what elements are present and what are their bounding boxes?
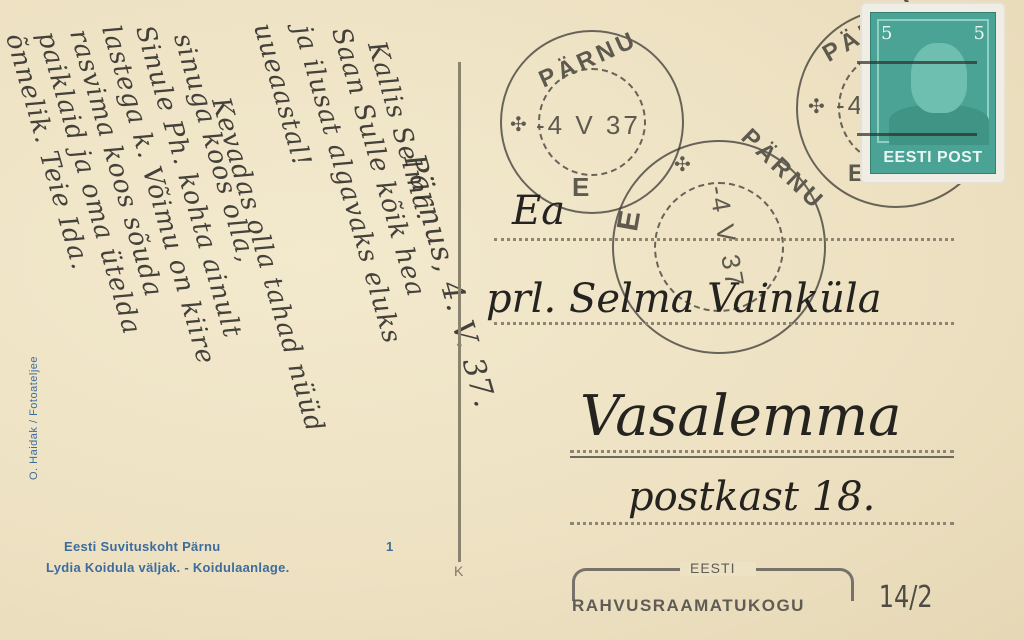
address-line xyxy=(494,322,954,325)
address-line-1: Ea xyxy=(512,188,565,234)
library-stamp: EESTI RAHVUSRAAMATUKOGU xyxy=(572,560,852,620)
cross-icon: ✣ xyxy=(808,94,825,119)
postage-stamp: 5 5 EESTI POST xyxy=(862,4,1004,182)
recipient-town: Vasalemma xyxy=(580,384,901,449)
cross-icon: ✣ xyxy=(510,112,527,137)
library-stamp-top: EESTI xyxy=(690,560,735,576)
caption-line-2: Lydia Koidula väljak. - Koidulaanlage. xyxy=(46,557,290,578)
address-line xyxy=(494,238,954,241)
recipient-postbox: postkast 18. xyxy=(628,474,875,520)
center-divider xyxy=(458,62,461,562)
address-underline xyxy=(570,456,954,458)
address-line xyxy=(570,522,954,525)
library-stamp-bottom: RAHVUSRAAMATUKOGU xyxy=(572,596,805,616)
publisher-imprint: O. Haidak / Fotoateljee xyxy=(28,200,40,480)
address-line xyxy=(570,450,954,453)
portrait-icon xyxy=(911,43,967,113)
stamp-country: EESTI POST xyxy=(871,149,995,167)
catalog-number: 14/2 xyxy=(879,580,933,615)
stamp-value: 5 xyxy=(881,23,892,44)
recipient-name: prl. Selma Vainküla xyxy=(486,276,882,322)
caption-number: 1 xyxy=(386,536,394,557)
postcard-back: Pärnus, 4. V. 37. Kallis Selma. Saan Sul… xyxy=(0,0,1024,640)
caption-line-1: Eesti Suvituskoht Pärnu xyxy=(46,536,290,557)
divider-mark: K xyxy=(454,563,463,579)
cross-icon: ✣ xyxy=(674,152,691,177)
stamp-value: 5 xyxy=(974,23,985,44)
printed-caption: Eesti Suvituskoht Pärnu 1 Lydia Koidula … xyxy=(46,536,290,578)
